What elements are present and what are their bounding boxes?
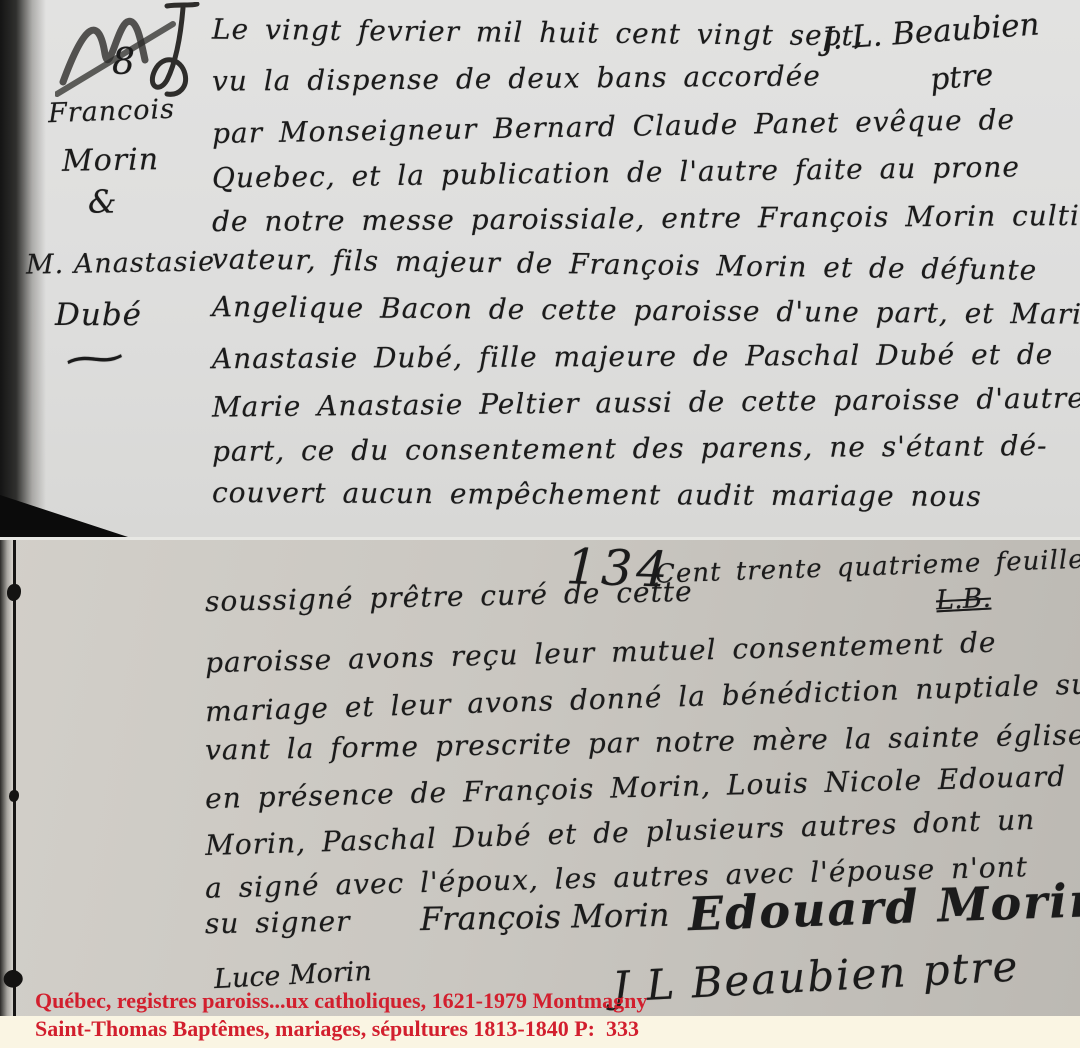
margin-groom-last-name: Morin <box>62 142 160 179</box>
record-line: su signer <box>205 905 351 941</box>
record-line: Marie Anastasie Peltier aussi de cette p… <box>212 381 1080 423</box>
priest-name-top: J. L. Beaubien <box>821 6 1041 57</box>
ink-blot <box>7 584 21 601</box>
record-line: Le vingt fevrier mil huit cent vingt sep… <box>212 13 864 53</box>
margin-groom-first-name: Francois <box>47 94 175 129</box>
record-line: de notre messe paroissiale, entre Franço… <box>212 199 1080 238</box>
record-line: Angelique Bacon de cette paroisse d'une … <box>212 290 1080 331</box>
entry-number: 8 <box>112 42 136 83</box>
ink-blot <box>9 790 19 802</box>
paraph-initials: L.B. <box>935 583 991 617</box>
caption-line-source: Québec, registres paroiss...ux catholiqu… <box>35 988 647 1014</box>
priest-title-top: ptre <box>929 57 995 97</box>
record-line: Quebec, et la publication de l'autre fai… <box>212 150 1020 194</box>
record-line: mariage et leur avons donné la bénédicti… <box>205 667 1080 728</box>
monogram-flourish <box>55 2 225 102</box>
record-line: soussigné prêtre curé de cette <box>205 575 693 618</box>
record-line: vant la forme prescrite par notre mère l… <box>205 718 1080 766</box>
folio-label: Cent trente quatrieme feuillet <box>655 544 1080 589</box>
binding-crease-line <box>13 540 16 1019</box>
margin-tie-mark: & <box>88 183 117 221</box>
margin-bride-last-name: Dubé <box>55 297 142 333</box>
margin-bride-name: M. Anastasie <box>26 246 216 280</box>
record-line: Anastasie Dubé, fille majeure de Paschal… <box>212 338 1053 375</box>
record-line: couvert aucun empêchement audit mariage … <box>212 476 982 513</box>
register-scan-bottom: 134 Cent trente quatrieme feuillet L.B. … <box>0 537 1080 1019</box>
signature-priest-beaubien: J L Beaubien ptre <box>611 941 1021 1011</box>
margin-tie-flourish: ~ <box>51 333 140 383</box>
scanned-register-page: 8 Francois Morin & M. Anastasie Dubé ~ L… <box>0 0 1080 1048</box>
page-edge-shadow <box>0 540 12 1019</box>
caption-line-parish: Saint-Thomas Baptêmes, mariages, sépultu… <box>35 1016 639 1042</box>
signature-francois-morin: François Morin <box>420 896 670 938</box>
record-line: part, ce du consentement des parens, ne … <box>212 429 1048 468</box>
record-line: vu la dispense de deux bans accordée <box>212 59 821 97</box>
record-line: paroisse avons reçu leur mutuel consente… <box>205 626 997 680</box>
record-line: vateur, fils majeur de François Morin et… <box>212 242 1038 287</box>
record-line: par Monseigneur Bernard Claude Panet evê… <box>212 103 1016 150</box>
register-scan-top: 8 Francois Morin & M. Anastasie Dubé ~ L… <box>0 0 1080 537</box>
